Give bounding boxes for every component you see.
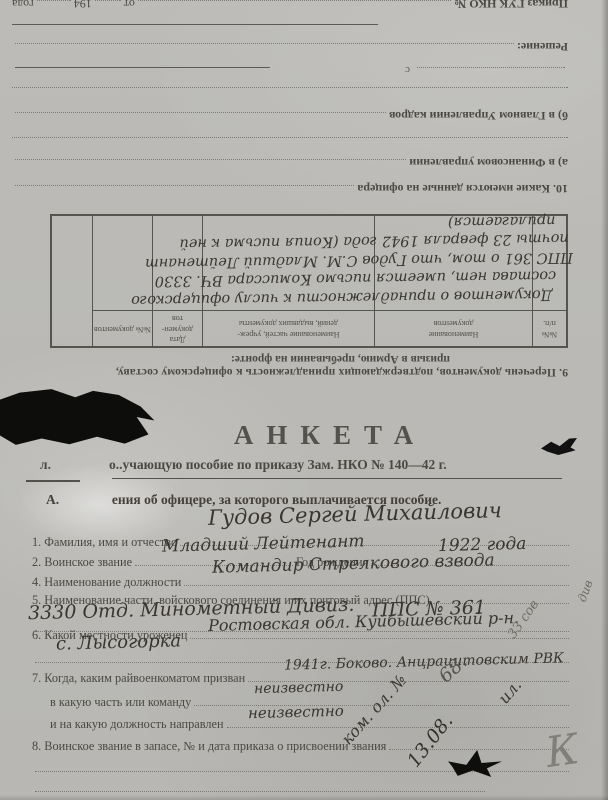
col-header-npp: №№ п/п.	[533, 310, 566, 346]
field1-label: 1. Фамилия, имя и отчество	[32, 535, 177, 550]
dotted-line	[227, 715, 569, 728]
form-title: АНКЕТА	[140, 420, 520, 451]
blank-line	[32, 779, 488, 792]
subtitle-underline-short	[26, 480, 80, 482]
item10-label: 10. Какие имеются данные на офицера	[357, 181, 568, 196]
prikaz-label: Приказ ГУК НКО №	[454, 0, 568, 11]
field8-row: 8. Воинское звание в запасе, № и дата пр…	[32, 737, 572, 754]
field8-label: 8. Воинское звание в запасе, № и дата пр…	[32, 739, 386, 754]
reshenie-label: Решение:	[517, 39, 568, 54]
prikaz-year-suffix: года	[12, 0, 34, 11]
dotted-line	[15, 43, 514, 56]
paper-tear-small	[541, 438, 577, 455]
field7b-label: в какую часть или команду	[50, 695, 191, 710]
dotted-line	[95, 0, 121, 13]
flipped-upper-section: 9. Перечень документов, подтверждающих п…	[0, 0, 608, 386]
fragment-row: с	[12, 64, 568, 80]
dotted-line	[12, 87, 568, 89]
scanned-form-page: 9. Перечень документов, подтверждающих п…	[0, 0, 608, 800]
subtitle-row: л. о..учающую пособие по приказу Зам. НК…	[40, 457, 564, 473]
col-header-date: Дата докумен- тов	[153, 310, 202, 346]
item-b-label: б) в Главном Управлении кадров	[389, 108, 568, 123]
item9-line1: 9. Перечень документов, подтверждающих п…	[12, 366, 568, 378]
scan-edge-shadow	[0, 795, 608, 800]
documents-table: №№ п/п. Наименование документов Наименов…	[50, 214, 568, 348]
solid-line	[12, 24, 378, 26]
dotted-line	[35, 779, 485, 792]
dotted-line	[417, 67, 565, 80]
col-header-doc-name: Наименование документов	[375, 310, 532, 346]
table-handwritten-note: Документов о принадлежности к числу офиц…	[20, 211, 566, 311]
dotted-line	[138, 0, 451, 13]
dotted-line	[15, 112, 386, 125]
field7c-label: и на какую должность направлен	[50, 717, 224, 732]
dotted-line	[184, 573, 569, 586]
field4-label: 4. Наименование должности	[32, 575, 181, 590]
field7-label: 7. Когда, каким райвоенкоматом призван	[32, 671, 245, 686]
dotted-line	[15, 185, 354, 198]
item9-line2: призыв в Армию, пребывании на фронте:	[12, 353, 450, 365]
paper-hole-mark	[448, 750, 502, 777]
field4-row: 4. Наименование должности	[32, 573, 572, 590]
col-header-issuer: Наименование частей, учреж- дений, выдав…	[203, 310, 374, 346]
item-b-row: б) в Главном Управлении кадров	[12, 108, 568, 125]
item10-row: 10. Какие имеются данные на офицера	[12, 181, 568, 198]
scan-edge-shadow	[601, 0, 608, 800]
dotted-line	[37, 0, 71, 13]
subtitle-underline	[112, 478, 562, 479]
item-a-row: а) в Финансовом управлении	[12, 155, 568, 172]
dotted-line	[15, 159, 406, 172]
field2-label: 2. Воинское звание	[32, 555, 132, 570]
dotted-line	[12, 137, 568, 139]
subtitle-text: о..учающую пособие по приказу Зам. НКО №…	[109, 457, 447, 473]
item-a-label: а) в Финансовом управлении	[409, 155, 568, 170]
anketa-lower-section: АНКЕТА л. о..учающую пособие по приказу …	[0, 386, 608, 800]
stray-character: с	[405, 64, 410, 76]
col-header-doc-number: №№ документов	[93, 310, 152, 346]
pencil-note-k: К	[543, 724, 582, 777]
field7c-row: и на какую должность направлен	[50, 715, 572, 732]
section-a-letter: А.	[46, 492, 59, 507]
reshenie-row: Решение:	[12, 39, 568, 56]
subtitle-fragment: л.	[40, 457, 51, 473]
prikaz-ot-label: от	[124, 0, 135, 11]
solid-line	[15, 67, 270, 69]
prikaz-year: 194	[74, 0, 92, 11]
prikaz-row: Приказ ГУК НКО № от 194 года	[12, 0, 568, 13]
